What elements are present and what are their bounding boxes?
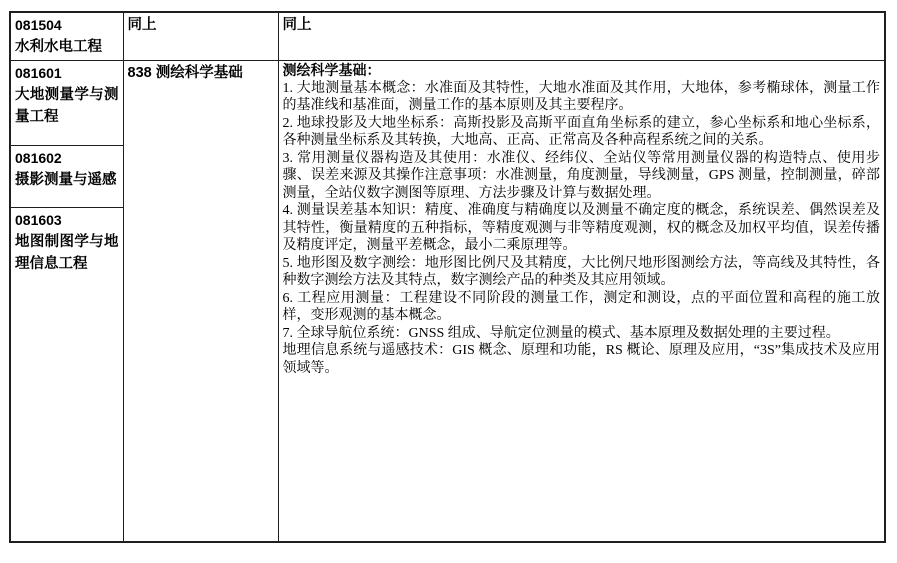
syllabus-content-cell: 测绘科学基础： 1. 大地测量基本概念：水准面及其特性，大地水准面及其作用，大地…	[278, 61, 885, 543]
major-code: 081603	[15, 209, 119, 231]
shared-exam-subject-cell: 838 测绘科学基础	[123, 61, 278, 543]
major-code: 081602	[15, 147, 119, 169]
major-cell-081602: 081602 摄影测量与遥感	[10, 146, 123, 208]
syllabus-cell-ditto: 同上	[278, 12, 885, 61]
syllabus-paragraph-list: 1. 大地测量基本概念：水准面及其特性，大地水准面及其作用，大地体，参考椭球体，…	[283, 80, 881, 378]
syllabus-paragraph: 5. 地形图及数字测绘：地形图比例尺及其精度，大比例尺地形图测绘方法，等高线及其…	[283, 255, 881, 290]
syllabus-paragraph: 7. 全球导航位系统：GNSS 组成、导航定位测量的模式、基本原理及数据处理的主…	[283, 325, 881, 343]
major-name: 水利水电工程	[15, 36, 119, 58]
syllabus-paragraph: 4. 测量误差基本知识：精度、准确度与精确度以及测量不确定度的概念，系统误差、偶…	[283, 202, 881, 255]
major-cell-081504: 081504 水利水电工程	[10, 12, 123, 61]
major-code: 081504	[15, 14, 119, 36]
exam-subject-code-name: 838 测绘科学基础	[128, 65, 243, 81]
syllabus-paragraph: 1. 大地测量基本概念：水准面及其特性，大地水准面及其作用，大地体，参考椭球体，…	[283, 80, 881, 115]
admission-subjects-table: 081504 水利水电工程 同上 同上 081601 大地测量学与测量工程 83…	[9, 11, 886, 543]
major-code: 081601	[15, 62, 119, 84]
major-cell-081603: 081603 地图制图学与地理信息工程	[10, 208, 123, 543]
syllabus-paragraph: 2. 地球投影及大地坐标系：高斯投影及高斯平面直角坐标系的建立，参心坐标系和地心…	[283, 115, 881, 150]
major-name: 地图制图学与地理信息工程	[15, 231, 119, 275]
major-cell-081601: 081601 大地测量学与测量工程	[10, 61, 123, 146]
ditto-text: 同上	[283, 17, 312, 33]
syllabus-heading: 测绘科学基础：	[283, 62, 881, 80]
syllabus-paragraph: 3. 常用测量仪器构造及其使用：水准仪、经纬仪、全站仪等常用测量仪器的构造特点、…	[283, 150, 881, 203]
major-name: 摄影测量与遥感	[15, 169, 119, 191]
syllabus-paragraph: 6. 工程应用测量：工程建设不同阶段的测量工作，测定和测设，点的平面位置和高程的…	[283, 290, 881, 325]
ditto-text: 同上	[128, 17, 157, 33]
exam-subject-cell-ditto: 同上	[123, 12, 278, 61]
syllabus-paragraph: 地理信息系统与遥感技术：GIS 概念、原理和功能，RS 概论、原理及应用，“3S…	[283, 342, 881, 377]
major-name: 大地测量学与测量工程	[15, 84, 119, 128]
